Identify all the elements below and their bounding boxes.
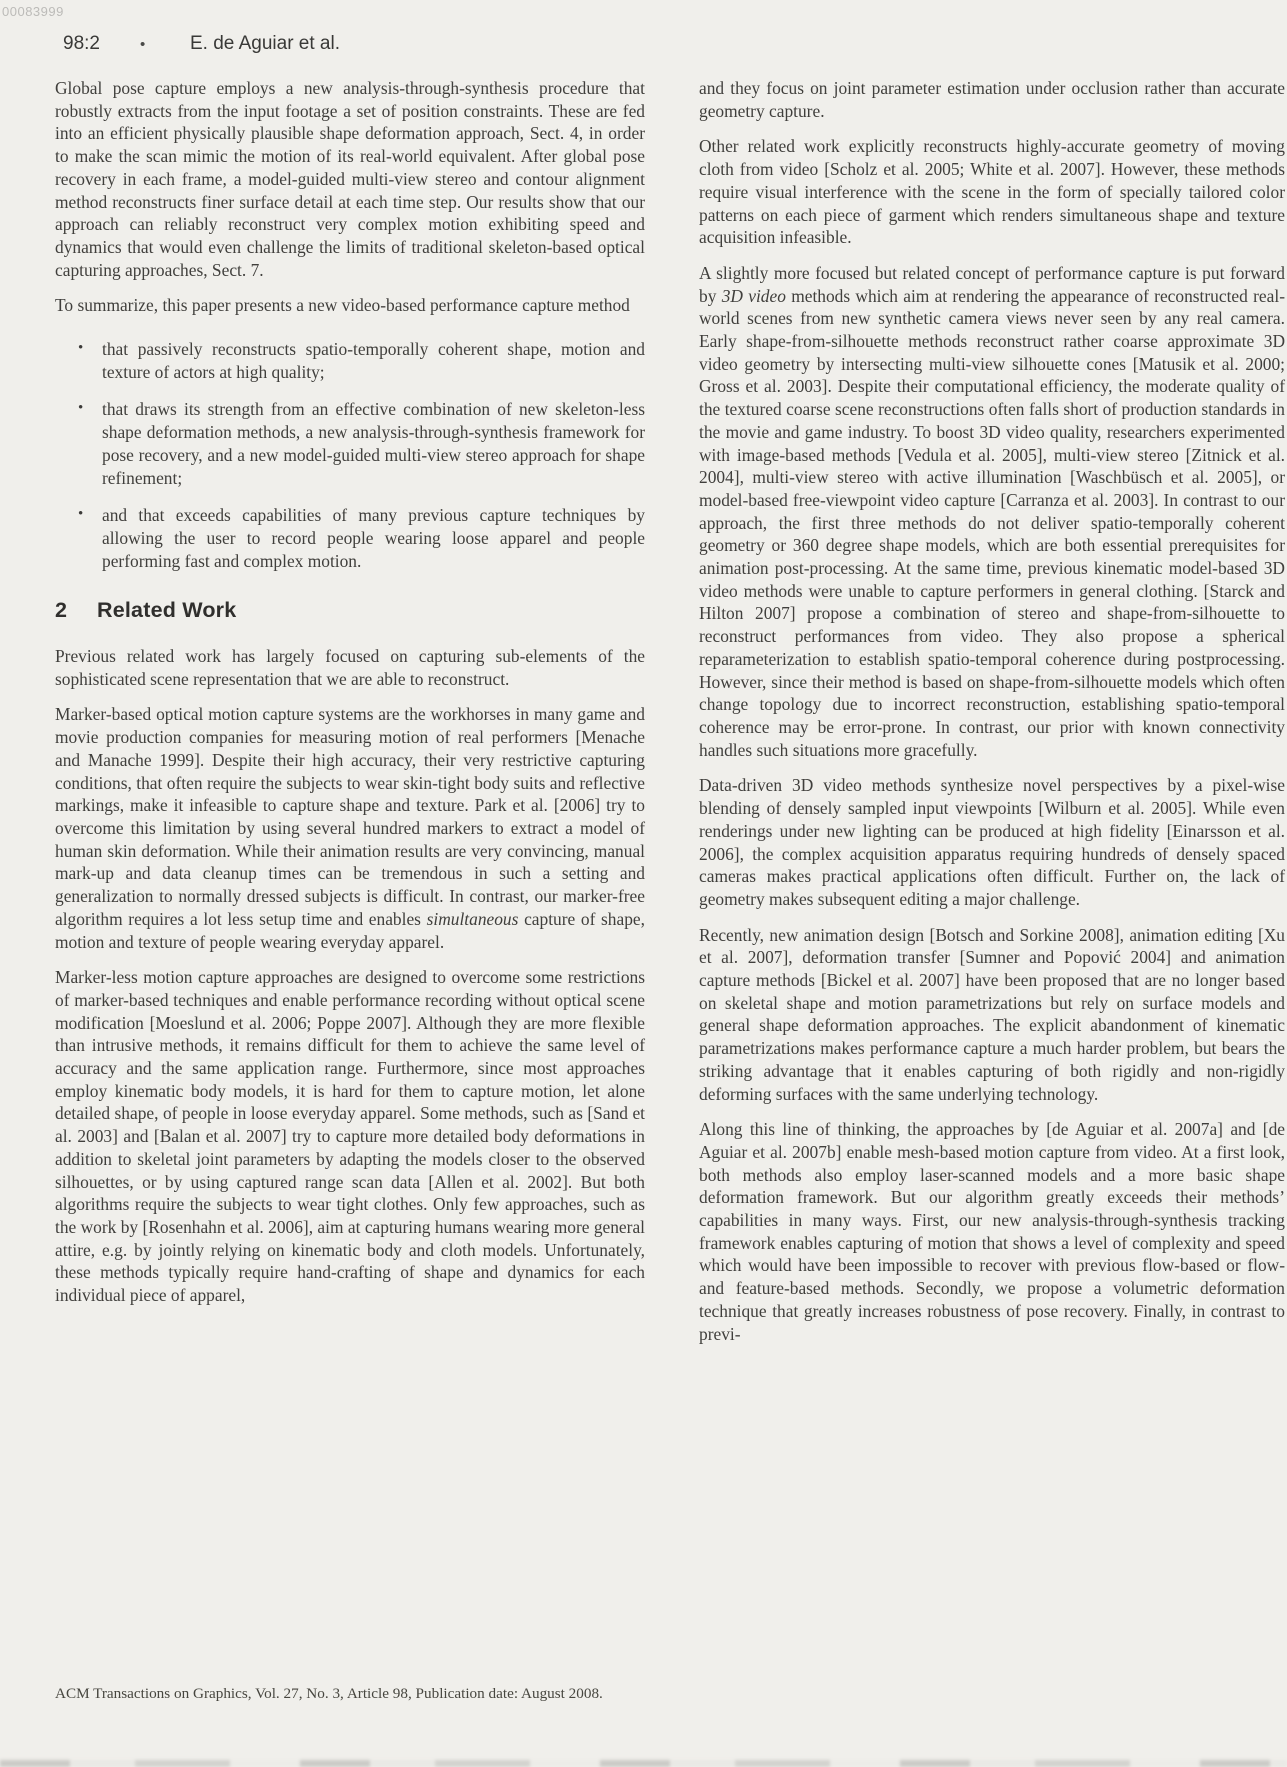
list-item: • that passively reconstructs spatio-tem… — [102, 338, 645, 383]
right-column: and they focus on joint parameter estima… — [699, 77, 1285, 1345]
paragraph: Recently, new animation design [Botsch a… — [699, 924, 1285, 1106]
journal-footer: ACM Transactions on Graphics, Vol. 27, N… — [55, 1685, 603, 1703]
section-heading: 2Related Work — [55, 599, 645, 622]
contribution-list: • that passively reconstructs spatio-tem… — [55, 338, 645, 572]
list-item-text: that draws its strength from an effectiv… — [102, 399, 645, 487]
paragraph: Global pose capture employs a new analys… — [55, 77, 645, 281]
list-item-text: and that exceeds capabilities of many pr… — [102, 505, 645, 570]
paper-page: 00083999 98:2 • E. de Aguiar et al. Glob… — [0, 0, 1287, 1767]
paragraph: To summarize, this paper presents a new … — [55, 294, 645, 317]
paragraph: Data-driven 3D video methods synthesize … — [699, 774, 1285, 910]
section-title: Related Work — [97, 598, 236, 622]
bullet-icon: • — [78, 503, 83, 526]
paragraph: Previous related work has largely focuse… — [55, 645, 645, 690]
list-item: • that draws its strength from an effect… — [102, 398, 645, 489]
scan-id-stamp: 00083999 — [2, 4, 64, 19]
list-item-text: that passively reconstructs spatio-tempo… — [102, 339, 645, 382]
left-column: Global pose capture employs a new analys… — [55, 77, 645, 1307]
list-item: • and that exceeds capabilities of many … — [102, 504, 645, 572]
page-number: 98:2 — [63, 33, 140, 55]
paragraph: Marker-based optical motion capture syst… — [55, 703, 645, 953]
paragraph: Along this line of thinking, the approac… — [699, 1118, 1285, 1345]
bullet-icon: • — [78, 397, 83, 420]
header-authors: E. de Aguiar et al. — [190, 33, 340, 55]
bullet-icon: • — [78, 337, 83, 360]
paragraph: Marker-less motion capture approaches ar… — [55, 966, 645, 1307]
bullet-separator-icon: • — [140, 36, 190, 53]
paragraph: Other related work explicitly reconstruc… — [699, 135, 1285, 249]
paragraph: A slightly more focused but related conc… — [699, 262, 1285, 761]
scan-edge-artifact — [0, 1760, 1287, 1767]
running-header: 98:2 • E. de Aguiar et al. — [63, 33, 623, 55]
paragraph: and they focus on joint parameter estima… — [699, 77, 1285, 122]
section-number: 2 — [55, 599, 97, 622]
